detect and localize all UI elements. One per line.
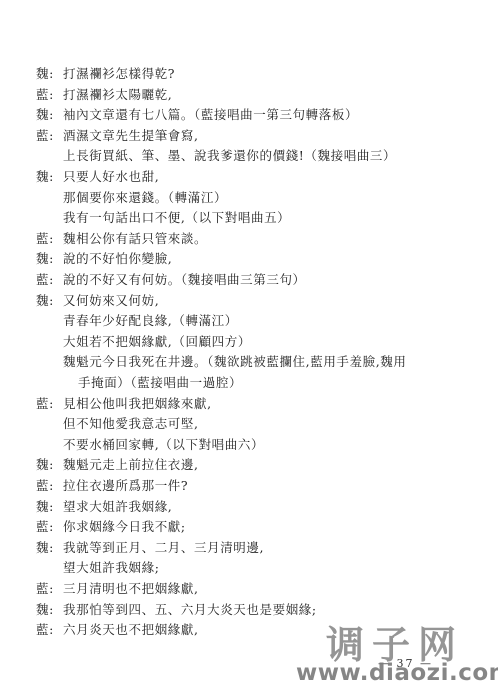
speaker-label: 藍: — [36, 519, 63, 535]
line-text: 我就等到正月、二月、三月清明邊, — [63, 540, 264, 555]
script-line: 不要水桶回家轉,（以下對唱曲六） — [63, 437, 264, 453]
script-line: 魏:袖內文章還有七八篇。（藍接唱曲一第三句轉落板） — [36, 107, 358, 123]
line-text: 說的不好又有何妨。（魏接唱曲三第三句） — [63, 272, 306, 287]
script-line: 那個要你來還錢。（轉滿江） — [63, 190, 227, 206]
line-text: 望求大姐許我姻緣, — [63, 499, 172, 514]
speaker-label: 藍: — [36, 231, 63, 247]
script-line: 魏:望求大姐許我姻緣, — [36, 499, 172, 515]
speaker-label: 藍: — [36, 478, 63, 494]
script-line: 上長街買紙、筆、墨、說我爹還你的價錢!（魏接唱曲三） — [63, 148, 396, 164]
speaker-label: 魏: — [36, 251, 63, 267]
script-line: 手掩面）（藍接唱曲一過腔） — [78, 375, 242, 391]
speaker-label: 魏: — [36, 169, 63, 185]
line-text: 說的不好怕你變臉, — [63, 251, 172, 266]
script-line: 青春年少好配良緣,（轉滿江） — [63, 313, 238, 329]
script-line: 藍:說的不好又有何妨。（魏接唱曲三第三句） — [36, 272, 306, 288]
line-text: 魏相公你有話只管來談。 — [63, 231, 207, 246]
line-text: 袖內文章還有七八篇。（藍接唱曲一第三句轉落板） — [63, 107, 358, 122]
script-line: 我有一句話出口不便,（以下對唱曲五） — [63, 210, 290, 226]
script-line: 藍:拉住衣邊所爲那一件? — [36, 478, 188, 494]
speaker-label: 藍: — [36, 622, 63, 638]
speaker-label: 魏: — [36, 107, 63, 123]
script-line: 魏:魏魁元走上前拉住衣邊, — [36, 457, 199, 473]
script-line: 藍:魏相公你有話只管來談。 — [36, 231, 207, 247]
script-line: 藍:酒濕文章先生提筆會寫, — [36, 128, 199, 144]
speaker-label: 藍: — [36, 87, 63, 103]
script-line: 魏:說的不好怕你變臉, — [36, 251, 172, 267]
line-text: 又何妨來又何妨, — [63, 293, 159, 308]
line-text: 三月清明也不把姻緣獻, — [63, 581, 199, 596]
speaker-label: 魏: — [36, 66, 63, 82]
line-text: 手掩面）（藍接唱曲一過腔） — [78, 375, 242, 390]
line-text: 酒濕文章先生提筆會寫, — [63, 128, 199, 143]
script-line: 魏:打濕襴衫怎樣得乾? — [36, 66, 175, 82]
script-line: 魏:只要人好水也甜, — [36, 169, 159, 185]
line-text: 拉住衣邊所爲那一件? — [63, 478, 188, 493]
line-text: 打濕襴衫太陽曬乾, — [63, 87, 172, 102]
line-text: 大姐若不把姻緣獻,（回顧四方） — [63, 334, 251, 349]
speaker-label: 魏: — [36, 457, 63, 473]
speaker-label: 藍: — [36, 128, 63, 144]
script-page: 魏:打濕襴衫怎樣得乾?藍:打濕襴衫太陽曬乾,魏:袖內文章還有七八篇。（藍接唱曲一… — [0, 0, 498, 690]
script-line: 藍:三月清明也不把姻緣獻, — [36, 581, 199, 597]
line-text: 打濕襴衫怎樣得乾? — [63, 66, 175, 81]
script-line: 藍:打濕襴衫太陽曬乾, — [36, 87, 172, 103]
speaker-label: 藍: — [36, 581, 63, 597]
script-line: 藍:六月炎天也不把姻緣獻, — [36, 622, 199, 638]
speaker-label: 魏: — [36, 293, 63, 309]
script-line: 大姐若不把姻緣獻,（回顧四方） — [63, 334, 251, 350]
script-line: 魏:我那怕等到四、五、六月大炎天也是要姻緣; — [36, 602, 317, 618]
line-text: 不要水桶回家轉,（以下對唱曲六） — [63, 437, 264, 452]
line-text: 見相公他叫我把姻緣來獻, — [63, 396, 212, 411]
script-line: 魏:又何妨來又何妨, — [36, 293, 159, 309]
line-text: 青春年少好配良緣,（轉滿江） — [63, 313, 238, 328]
line-text: 上長街買紙、筆、墨、說我爹還你的價錢!（魏接唱曲三） — [63, 148, 396, 163]
line-text: 望大姐許我姻緣; — [63, 560, 160, 575]
line-text: 魏魁元今日我死在井邊。（魏欲跳被藍攔住,藍用手羞臉,魏用 — [63, 354, 407, 369]
line-text: 但不知他愛我意志可堅, — [63, 416, 199, 431]
line-text: 魏魁元走上前拉住衣邊, — [63, 457, 199, 472]
script-line: 藍:見相公他叫我把姻緣來獻, — [36, 396, 212, 412]
line-text: 那個要你來還錢。（轉滿江） — [63, 190, 227, 205]
line-text: 六月炎天也不把姻緣獻, — [63, 622, 199, 637]
speaker-label: 藍: — [36, 272, 63, 288]
script-line: 魏魁元今日我死在井邊。（魏欲跳被藍攔住,藍用手羞臉,魏用 — [63, 354, 407, 370]
speaker-label: 魏: — [36, 602, 63, 618]
speaker-label: 魏: — [36, 499, 63, 515]
line-text: 我有一句話出口不便,（以下對唱曲五） — [63, 210, 290, 225]
script-line: 望大姐許我姻緣; — [63, 560, 160, 576]
speaker-label: 魏: — [36, 540, 63, 556]
watermark-url: www.diaozi.com — [296, 660, 498, 686]
script-line: 但不知他愛我意志可堅, — [63, 416, 199, 432]
speaker-label: 藍: — [36, 396, 63, 412]
script-line: 魏:我就等到正月、二月、三月清明邊, — [36, 540, 264, 556]
line-text: 我那怕等到四、五、六月大炎天也是要姻緣; — [63, 602, 317, 617]
script-line: 藍:你求姻緣今日我不獻; — [36, 519, 186, 535]
line-text: 只要人好水也甜, — [63, 169, 159, 184]
line-text: 你求姻緣今日我不獻; — [63, 519, 186, 534]
